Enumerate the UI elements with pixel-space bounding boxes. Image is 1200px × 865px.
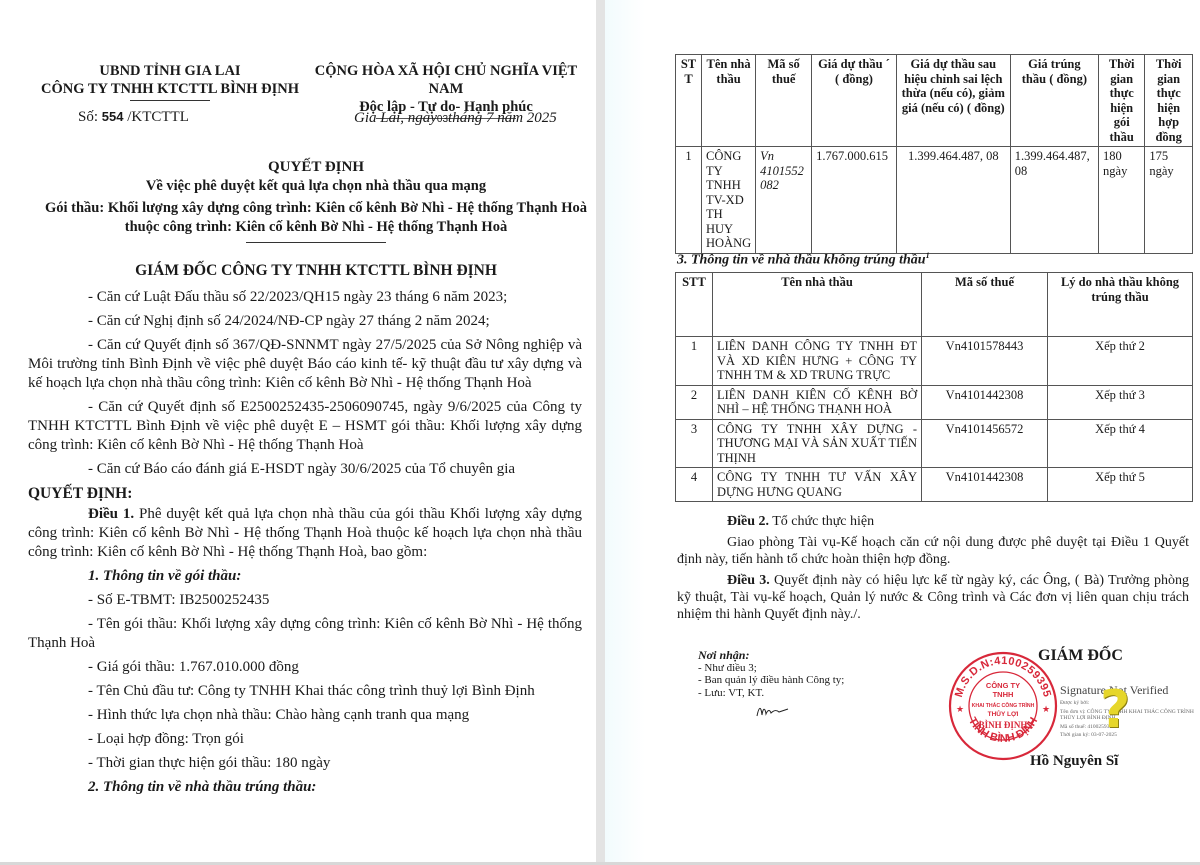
article-3: Điều 3. Quyết định này có hiệu lực kể từ… [677,572,1189,623]
article-2-text: Giao phòng Tài vụ-Kế hoạch căn cứ nội du… [677,534,1189,568]
package-info-item: - Tên Chủ đầu tư: Công ty TNHH Khai thác… [28,682,582,701]
agency-name: CÔNG TY TNHH KTCTTL BÌNH ĐỊNH [40,80,300,98]
col-header: Thời gian thực hiện hợp đồng [1145,55,1193,147]
package-info-item: - Số E-TBMT: IB2500252435 [28,591,582,610]
section-2-title: 2. Thông tin về nhà thầu trúng thầu: [28,778,582,797]
losing-bidders-table: STT Tên nhà thầu Mã số thuế Lý do nhà th… [675,272,1193,502]
cell-bid-price: 1.767.000.615 [812,147,897,254]
article-2-heading: Điều 2. Tổ chức thực hiện [677,513,1189,530]
col-header: STT [676,273,713,337]
cell-contract-duration: 175 ngày [1145,147,1193,254]
package-info-item: - Tên gói thầu: Khối lượng xây dựng công… [28,615,582,653]
col-header: Tên nhà thầu [702,55,756,147]
document-subject: Về việc phê duyệt kết quả lựa chọn nhà t… [40,177,592,196]
document-page-1: UBND TỈNH GIA LAI CÔNG TY TNHH KTCTTL BÌ… [0,0,596,862]
table-header-row: STT Tên nhà thầu Mã số thuế Lý do nhà th… [676,273,1193,337]
table-header-row: ST T Tên nhà thầu Mã số thuế Giá dự thầu… [676,55,1193,147]
package-info-item: - Loại hợp đồng: Trọn gói [28,730,582,749]
recipients-block: Nơi nhận: - Như điều 3; - Ban quản lý đi… [698,649,844,699]
svg-text:★: ★ [956,705,964,715]
cell-tax-code: Vn 4101552 082 [756,147,812,254]
document-page-2: ST T Tên nhà thầu Mã số thuế Giá dự thầu… [605,0,1200,862]
document-number-value: 554 [102,109,124,124]
table-row: 4 CÔNG TY TNHH TƯ VẤN XÂY DỰNG HƯNG QUAN… [676,468,1193,502]
recipient-item: - Ban quản lý điều hành Công ty; [698,674,844,687]
signer-name: Hồ Nguyên Sĩ [1030,753,1118,770]
question-mark-icon[interactable]: ? [1100,680,1130,740]
svg-text:KHAI THÁC CÔNG TRÌNH: KHAI THÁC CÔNG TRÌNH [972,701,1035,709]
legal-basis: - Căn cứ Nghị định số 24/2024/NĐ-CP ngày… [28,312,582,331]
article-1: Điều 1. Phê duyệt kết quả lựa chọn nhà t… [28,505,582,562]
document-number: Số: 554 /KTCTTL [78,109,189,126]
legal-basis: - Căn cứ Quyết định số 367/QĐ-SNNMT ngày… [28,336,582,393]
col-header: Tên nhà thầu [713,273,922,337]
articles-2-3: Điều 2. Tổ chức thực hiện Giao phòng Tài… [677,513,1189,627]
company-seal-icon: M.S.D.N:4100259395 TỈNH BÌNH ĐỊNH ★ ★ CÔ… [947,650,1059,762]
cell-adjusted-price: 1.399.464.487, 08 [896,147,1010,254]
package-info-item: - Thời gian thực hiện gói thầu: 180 ngày [28,754,582,773]
decision-title-block: QUYẾT ĐỊNH Về việc phê duyệt kết quả lựa… [40,158,592,243]
cell-package-duration: 180 ngày [1099,147,1145,254]
package-info-item: - Hình thức lựa chọn nhà thầu: Chào hàng… [28,706,582,725]
header-underline [130,100,210,101]
col-header: Giá trúng thầu ( đồng) [1010,55,1098,147]
recipient-item: - Lưu: VT, KT. [698,687,844,700]
issuing-agency-header: UBND TỈNH GIA LAI CÔNG TY TNHH KTCTTL BÌ… [40,62,300,101]
svg-text:TNHH: TNHH [993,690,1014,699]
issue-date: Gia Lai, ngày03tháng 7 năm 2025 [354,110,557,127]
svg-text:BÌNH ĐỊNH: BÌNH ĐỊNH [979,720,1028,730]
svg-text:CÔNG TY: CÔNG TY [986,681,1020,690]
title-underline [246,242,386,243]
package-info-item: - Giá gói thầu: 1.767.010.000 đồng [28,658,582,677]
col-header: Giá dự thầu ˊ ( đồng) [812,55,897,147]
col-header: Giá dự thầu sau hiệu chỉnh sai lệch thừa… [896,55,1010,147]
svg-text:★: ★ [1042,705,1050,715]
cell-bidder-name: CÔNG TY TNHH TV-XD TH HUY HOÀNG [702,147,756,254]
svg-text:THỦY LỢI: THỦY LỢI [988,709,1019,718]
winning-bidder-table: ST T Tên nhà thầu Mã số thuế Giá dự thầu… [675,54,1193,254]
table-row: 3 CÔNG TY TNHH XÂY DỰNG - THƯƠNG MẠI VÀ … [676,419,1193,468]
section-3-title: 3. Thông tin về nhà thầu không trúng thầ… [677,251,930,269]
col-header: ST T [676,55,702,147]
issuer-heading: GIÁM ĐỐC CÔNG TY TNHH KTCTTL BÌNH ĐỊNH [40,262,592,280]
section-1-title: 1. Thông tin về gói thầu: [28,567,582,586]
footnote-marker: 1 [926,251,930,260]
cell-stt: 1 [676,147,702,254]
col-header: Mã số thuế [756,55,812,147]
recipient-item: - Như điều 3; [698,662,844,675]
handwritten-initials-icon [755,704,789,718]
decision-body: - Căn cứ Luật Đấu thầu số 22/2023/QH15 n… [28,288,582,802]
document-title: QUYẾT ĐỊNH [40,158,592,177]
col-header: Lý do nhà thầu không trúng thầu [1048,273,1193,337]
recipients-label: Nơi nhận: [698,649,844,662]
legal-basis: - Căn cứ Luật Đấu thầu số 22/2023/QH15 n… [28,288,582,307]
table-row: 2 LIÊN DANH KIÊN CỐ KÊNH BỜ NHÌ – HỆ THỐ… [676,385,1193,419]
country-name: CỘNG HÒA XÃ HỘI CHỦ NGHĨA VIỆT NAM [300,62,592,98]
agency-parent: UBND TỈNH GIA LAI [40,62,300,80]
issue-day: 03 [437,114,448,125]
decision-heading: QUYẾT ĐỊNH: [28,484,582,503]
table-row: 1 CÔNG TY TNHH TV-XD TH HUY HOÀNG Vn 410… [676,147,1193,254]
package-line: Gói thầu: Khối lượng xây dựng công trình… [40,199,592,236]
col-header: Mã số thuế [922,273,1048,337]
table-row: 1 LIÊN DANH CÔNG TY TNHH ĐT VÀ XD KIÊN H… [676,337,1193,386]
col-header: Thời gian thực hiện gói thầu [1099,55,1145,147]
legal-basis: - Căn cứ Báo cáo đánh giá E-HSDT ngày 30… [28,460,582,479]
cell-winning-price: 1.399.464.487, 08 [1010,147,1098,254]
legal-basis: - Căn cứ Quyết định số E2500252435-25060… [28,398,582,455]
